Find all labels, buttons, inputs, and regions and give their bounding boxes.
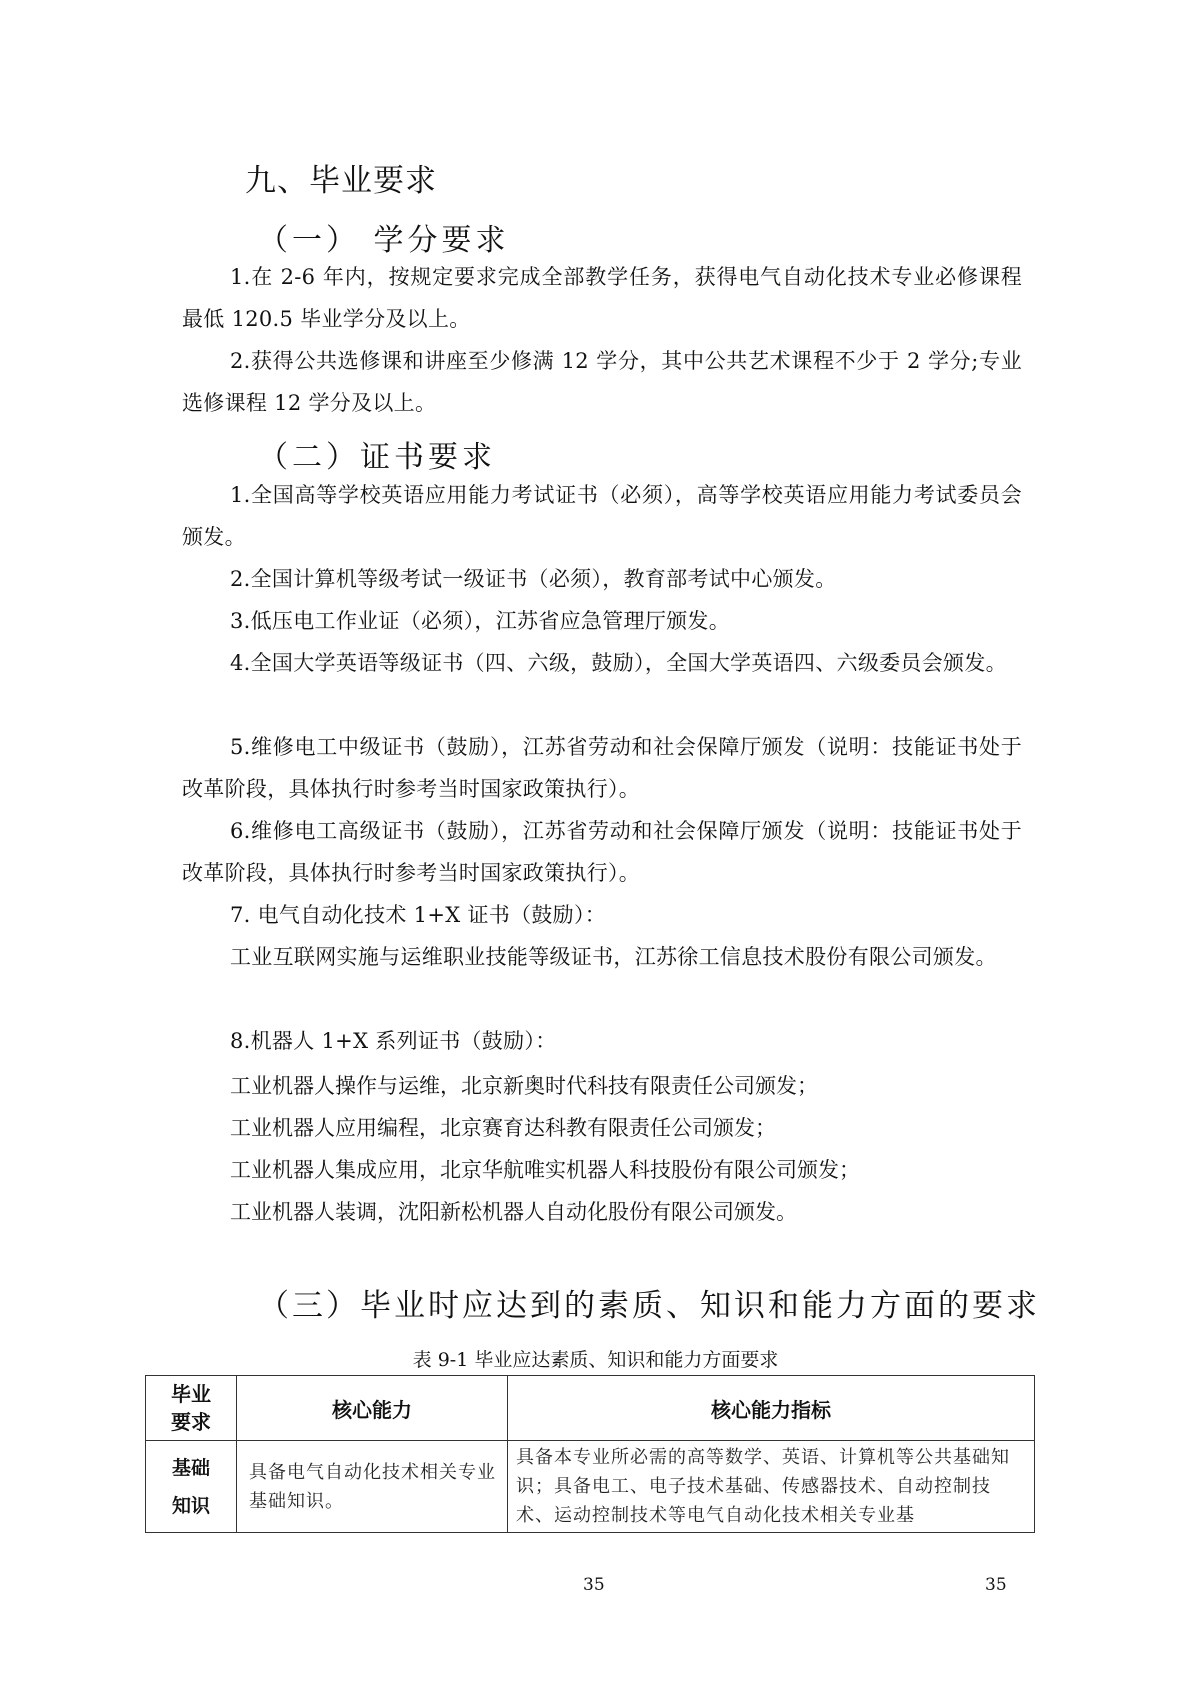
- certificate-item-1: 1.全国高等学校英语应用能力考试证书（必须），高等学校英语应用能力考试委员会颁发…: [182, 474, 1022, 558]
- page-number-center: 35: [583, 1575, 605, 1595]
- subsection-title-credits: （一） 学分要求: [258, 215, 510, 259]
- row-core-ability: 具备电气自动化技术相关专业基础知识。: [237, 1441, 508, 1533]
- certificate-item-7: 7. 电气自动化技术 1+X 证书（鼓励）：: [182, 894, 1022, 936]
- robot-cert-3: 工业机器人集成应用，北京华航唯实机器人科技股份有限公司颁发；: [230, 1154, 860, 1184]
- robot-cert-2: 工业机器人应用编程，北京赛育达科教有限责任公司颁发；: [230, 1112, 776, 1142]
- certificate-item-3: 3.低压电工作业证（必须），江苏省应急管理厅颁发。: [182, 600, 1022, 642]
- table-caption: 表 9-1 毕业应达素质、知识和能力方面要求: [0, 1345, 1191, 1372]
- credit-requirement-2: 2.获得公共选修课和讲座至少修满 12 学分，其中公共艺术课程不少于 2 学分;…: [182, 340, 1022, 424]
- subsection-title-competencies: （三）毕业时应达到的素质、知识和能力方面的要求: [258, 1280, 1040, 1325]
- row-indicator: 具备本专业所必需的高等数学、英语、计算机等公共基础知识；具备电工、电子技术基础、…: [508, 1441, 1035, 1533]
- requirements-table: 毕业 要求 核心能力 核心能力指标 基础 知识 具备电气自动化技术相关专业基础知…: [145, 1375, 1035, 1533]
- certificate-item-5: 5.维修电工中级证书（鼓励），江苏省劳动和社会保障厅颁发（说明：技能证书处于改革…: [182, 726, 1022, 810]
- robot-cert-4: 工业机器人装调，沈阳新松机器人自动化股份有限公司颁发。: [230, 1196, 797, 1226]
- certificate-item-2: 2.全国计算机等级考试一级证书（必须），教育部考试中心颁发。: [182, 558, 1022, 600]
- section-title: 九、毕业要求: [245, 155, 437, 200]
- table-row: 基础 知识 具备电气自动化技术相关专业基础知识。 具备本专业所必需的高等数学、英…: [146, 1441, 1035, 1533]
- table-header-row: 毕业 要求 核心能力 核心能力指标: [146, 1376, 1035, 1441]
- page-number-right: 35: [985, 1575, 1007, 1595]
- row-requirement: 基础 知识: [146, 1441, 237, 1533]
- credit-requirement-1: 1.在 2-6 年内，按规定要求完成全部教学任务，获得电气自动化技术专业必修课程…: [182, 256, 1022, 340]
- certificate-item-7-detail: 工业互联网实施与运维职业技能等级证书，江苏徐工信息技术股份有限公司颁发。: [182, 936, 1022, 978]
- robot-cert-1: 工业机器人操作与运维，北京新奥时代科技有限责任公司颁发；: [230, 1070, 818, 1100]
- certificate-item-8: 8.机器人 1+X 系列证书（鼓励）：: [182, 1020, 1022, 1062]
- header-core-ability-indicator: 核心能力指标: [508, 1376, 1035, 1441]
- document-page: 九、毕业要求 （一） 学分要求 1.在 2-6 年内，按规定要求完成全部教学任务…: [0, 0, 1191, 1684]
- certificate-item-4: 4.全国大学英语等级证书（四、六级，鼓励），全国大学英语四、六级委员会颁发。: [182, 642, 1022, 684]
- subsection-title-certificates: （二）证书要求: [258, 432, 496, 476]
- header-graduation-requirement: 毕业 要求: [146, 1376, 237, 1441]
- header-core-ability: 核心能力: [237, 1376, 508, 1441]
- certificate-item-6: 6.维修电工高级证书（鼓励），江苏省劳动和社会保障厅颁发（说明：技能证书处于改革…: [182, 810, 1022, 894]
